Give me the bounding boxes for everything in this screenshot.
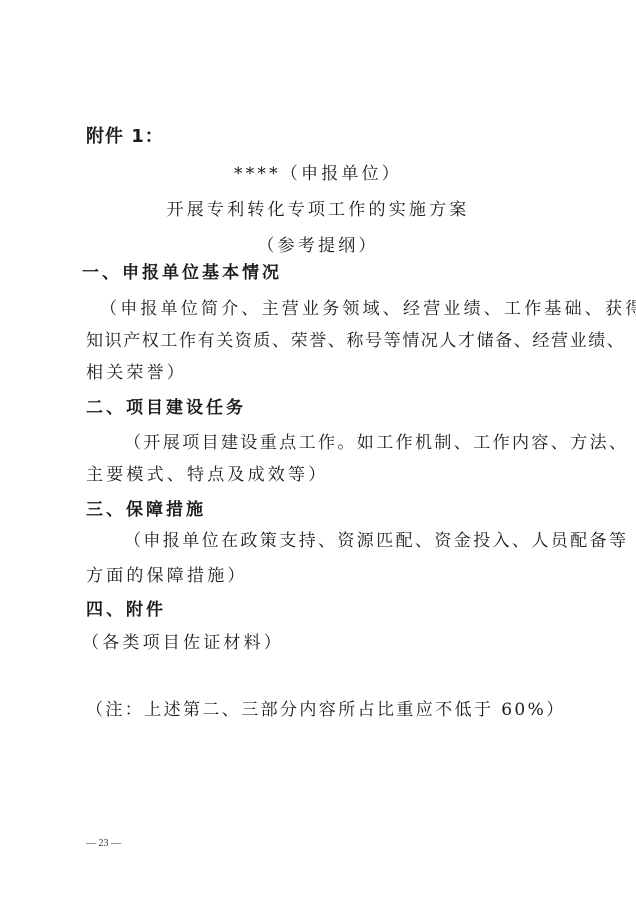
note: （注：上述第二、三部分内容所占比重应不低于 60%） (86, 699, 566, 721)
section-2-body-line-1: （开展项目建设重点工作。如工作机制、工作内容、方法、 (124, 432, 604, 454)
section-2-body-line-2: 主要模式、特点及成效等） (86, 464, 566, 486)
section-3-body-line-1: （申报单位在政策支持、资源匹配、资金投入、人员配备等 (124, 530, 604, 552)
section-4-heading: 四、附件 (86, 599, 566, 621)
attachment-label: 附件 1： (86, 126, 566, 148)
section-4-body-line-1: （各类项目佐证材料） (82, 632, 562, 654)
section-1-body-line-1: （申报单位简介、主营业务领域、经营业绩、工作基础、获得 (100, 298, 580, 320)
title-subtitle: （参考提纲） (0, 235, 636, 257)
section-2-heading: 二、项目建设任务 (86, 397, 566, 419)
section-1-heading: 一、申报单位基本情况 (82, 262, 562, 284)
document-page: 附件 1： ****（申报单位） 开展专利转化专项工作的实施方案 （参考提纲） … (0, 0, 636, 900)
title-main: 开展专利转化专项工作的实施方案 (0, 199, 636, 221)
title-unit: ****（申报单位） (0, 163, 636, 185)
section-3-body-line-2: 方面的保障措施） (86, 565, 566, 587)
section-1-body-line-3: 相关荣誉） (86, 362, 566, 384)
section-3-heading: 三、保障措施 (86, 499, 566, 521)
page-number: — 23 — (86, 838, 121, 849)
section-1-body-line-2: 知识产权工作有关资质、荣誉、称号等情况人才储备、经营业绩、 (86, 330, 566, 352)
